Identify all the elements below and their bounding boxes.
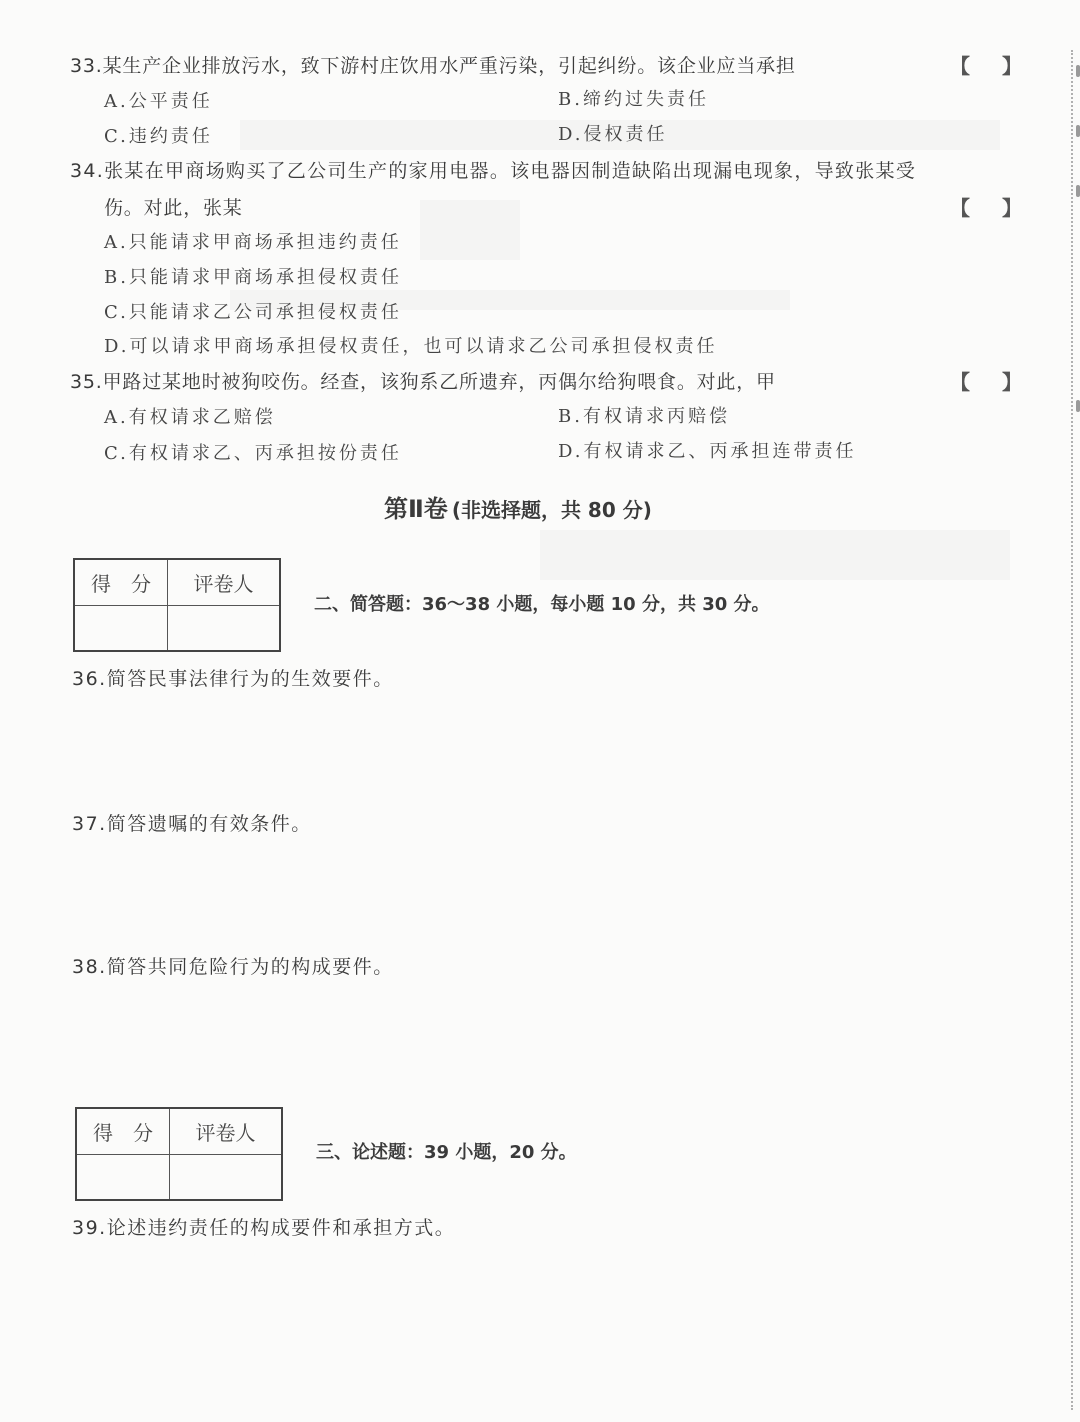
question-number: 34. xyxy=(70,160,104,182)
margin-mark xyxy=(1076,185,1080,197)
answer-area-38[interactable] xyxy=(72,990,1032,1090)
score-cell[interactable] xyxy=(74,605,168,651)
grader-cell[interactable] xyxy=(170,1154,283,1200)
option-b: B.只能请求甲商场承担侵权责任 xyxy=(104,266,402,290)
question-number: 33. xyxy=(70,55,103,77)
option-text: 缔约过失责任 xyxy=(583,89,709,110)
option-text: 违约责任 xyxy=(129,126,213,147)
option-text: 只能请求甲商场承担违约责任 xyxy=(129,232,402,253)
question-stem: 35.甲路过某地时被狗咬伤。经查，该狗系乙所遗弃，丙偶尔给狗喂食。对此，甲 xyxy=(70,370,776,394)
question-39: 39.论述违约责任的构成要件和承担方式。 xyxy=(72,1216,455,1240)
bleed-through-shadow xyxy=(540,530,1010,580)
option-letter: C. xyxy=(104,443,129,464)
option-a: A.只能请求甲商场承担违约责任 xyxy=(104,231,402,255)
part-title: 第Ⅱ卷 xyxy=(384,495,448,523)
question-number: 38. xyxy=(72,956,107,978)
question-stem: 33.某生产企业排放污水，致下游村庄饮用水严重污染，引起纠纷。该企业应当承担 xyxy=(70,54,796,78)
option-text: 可以请求甲商场承担侵权责任，也可以请求乙公司承担侵权责任 xyxy=(130,336,718,357)
option-text: 有权请求乙、丙承担按份责任 xyxy=(129,443,402,464)
option-letter: A. xyxy=(104,407,129,428)
question-text: 某生产企业排放污水，致下游村庄饮用水严重污染，引起纠纷。该企业应当承担 xyxy=(103,55,796,77)
question-text: 论述违约责任的构成要件和承担方式。 xyxy=(107,1217,456,1239)
option-b: B.缔约过失责任 xyxy=(558,88,709,112)
question-text: 伤。对此，张某 xyxy=(104,197,243,219)
option-text: 有权请求丙赔偿 xyxy=(583,406,730,427)
question-number: 36. xyxy=(72,668,107,690)
margin-mark xyxy=(1076,125,1080,137)
margin-mark xyxy=(1076,400,1080,412)
question-text: 张某在甲商场购买了乙公司生产的家用电器。该电器因制造缺陷出现漏电现象，导致张某受 xyxy=(104,160,916,182)
part-2-title: 第Ⅱ卷(非选择题，共 80 分) xyxy=(384,494,652,525)
option-text: 只能请求乙公司承担侵权责任 xyxy=(129,302,402,323)
option-c: C.有权请求乙、丙承担按份责任 xyxy=(104,442,402,466)
section-2-heading: 二、简答题：36～38 小题，每小题 10 分，共 30 分。 xyxy=(314,593,770,617)
bracket-open: 【 xyxy=(950,54,970,78)
score-header: 得 分 xyxy=(74,559,168,605)
bracket-open: 【 xyxy=(950,196,970,220)
option-letter: D. xyxy=(558,441,584,462)
question-text: 甲路过某地时被狗咬伤。经查，该狗系乙所遗弃，丙偶尔给狗喂食。对此，甲 xyxy=(103,371,776,393)
option-letter: C. xyxy=(104,126,129,147)
part-subtitle: (非选择题，共 80 分) xyxy=(452,498,652,522)
answer-area-37[interactable] xyxy=(72,845,1032,945)
option-letter: B. xyxy=(558,406,583,427)
option-d: D.有权请求乙、丙承担连带责任 xyxy=(558,440,857,464)
question-text: 简答民事法律行为的生效要件。 xyxy=(107,668,394,690)
option-c: C.只能请求乙公司承担侵权责任 xyxy=(104,301,402,325)
option-c: C.违约责任 xyxy=(104,125,213,149)
question-number: 37. xyxy=(72,813,107,835)
answer-bracket[interactable]: 【 】 xyxy=(950,196,1022,220)
grader-cell[interactable] xyxy=(168,605,281,651)
answer-area-39[interactable] xyxy=(72,1250,1032,1410)
question-stem-continued: 伤。对此，张某 xyxy=(104,196,243,220)
score-cell[interactable] xyxy=(76,1154,170,1200)
answer-area-36[interactable] xyxy=(72,700,1032,800)
answer-bracket[interactable]: 【 】 xyxy=(950,54,1022,78)
margin-mark xyxy=(1076,65,1080,77)
exam-page: 33.某生产企业排放污水，致下游村庄饮用水严重污染，引起纠纷。该企业应当承担 【… xyxy=(0,0,1080,1422)
option-letter: A. xyxy=(104,232,129,253)
option-letter: B. xyxy=(104,267,129,288)
bracket-close: 】 xyxy=(1002,370,1022,394)
bracket-open: 【 xyxy=(950,370,970,394)
option-a: A.有权请求乙赔偿 xyxy=(104,406,276,430)
grader-header: 评卷人 xyxy=(170,1108,283,1154)
option-b: B.有权请求丙赔偿 xyxy=(558,405,730,429)
bracket-close: 】 xyxy=(1002,196,1022,220)
binding-margin-line xyxy=(1071,50,1073,1410)
question-number: 35. xyxy=(70,371,103,393)
question-number: 39. xyxy=(72,1217,107,1239)
option-text: 公平责任 xyxy=(129,91,213,112)
option-d: D.侵权责任 xyxy=(558,123,668,147)
option-d: D.可以请求甲商场承担侵权责任，也可以请求乙公司承担侵权责任 xyxy=(104,335,718,359)
score-table-section-2: 得 分 评卷人 xyxy=(73,558,281,652)
question-text: 简答共同危险行为的构成要件。 xyxy=(107,956,394,978)
option-text: 有权请求乙赔偿 xyxy=(129,407,276,428)
bleed-through-shadow xyxy=(420,200,520,260)
bracket-close: 】 xyxy=(1002,54,1022,78)
score-header: 得 分 xyxy=(76,1108,170,1154)
option-letter: B. xyxy=(558,89,583,110)
option-text: 侵权责任 xyxy=(584,124,668,145)
question-stem: 34.张某在甲商场购买了乙公司生产的家用电器。该电器因制造缺陷出现漏电现象，导致… xyxy=(70,159,916,183)
section-3-heading: 三、论述题：39 小题，20 分。 xyxy=(316,1141,577,1165)
option-text: 有权请求乙、丙承担连带责任 xyxy=(584,441,857,462)
option-letter: C. xyxy=(104,302,129,323)
option-letter: D. xyxy=(558,124,584,145)
question-37: 37.简答遗嘱的有效条件。 xyxy=(72,812,312,836)
question-36: 36.简答民事法律行为的生效要件。 xyxy=(72,667,394,691)
option-letter: A. xyxy=(104,91,129,112)
grader-header: 评卷人 xyxy=(168,559,281,605)
score-table-section-3: 得 分 评卷人 xyxy=(75,1107,283,1201)
option-a: A.公平责任 xyxy=(104,90,213,114)
answer-bracket[interactable]: 【 】 xyxy=(950,370,1022,394)
option-letter: D. xyxy=(104,336,130,357)
question-text: 简答遗嘱的有效条件。 xyxy=(107,813,312,835)
option-text: 只能请求甲商场承担侵权责任 xyxy=(129,267,402,288)
question-38: 38.简答共同危险行为的构成要件。 xyxy=(72,955,394,979)
